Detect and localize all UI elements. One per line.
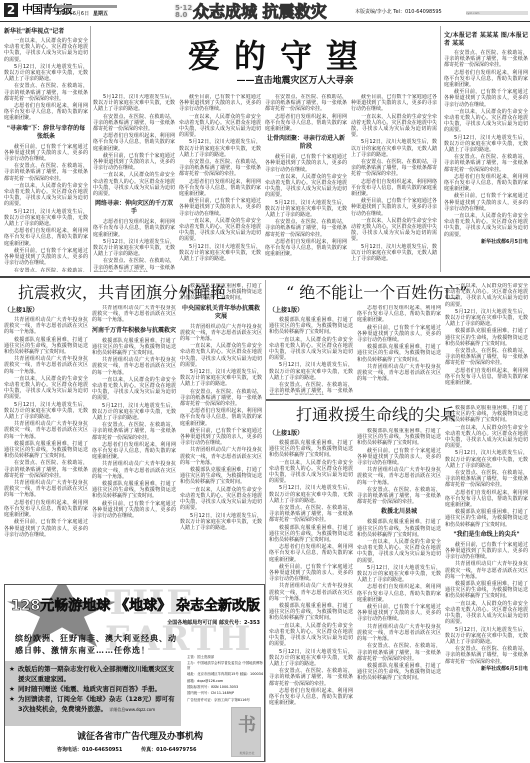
lead-headline: 爱的守望 (165, 38, 395, 74)
body-paragraph: 救援部队克服重重困难，打通了通往灾区的生命线，为救援物资运送和伤员转移赢得了宝贵… (357, 428, 441, 447)
body-paragraph: 5月12日，汶川大地震发生后，数以万计的家庭在灾难中失散，无数人踏上了寻亲的路途… (357, 565, 441, 584)
body-paragraph: 共青团组织动员广大青年投身抗震救灾一线，青年志愿者活跃在灾区的每一个角落。 (357, 624, 441, 643)
body-paragraph: 救援部队克服重重困难，打通了通往灾区的生命线，为救援物资运送和伤员转移赢得了宝贵… (92, 338, 176, 357)
body-paragraph: 救援部队克服重重困难，打通了通往灾区的生命线，为救援物资运送和伤员转移赢得了宝贵… (445, 581, 528, 600)
body-paragraph: 5月12日，汶川大地震发生后，数以万计的家庭在灾难中失散，无数人踏上了寻亲的路途… (269, 649, 353, 668)
body-paragraph: 截至目前，已有数千个家庭通过各种渠道找到了失散的亲人，更多的寻亲行动仍在继续。 (180, 428, 262, 447)
body-paragraph: 志愿者们自发组织起来，利用网络平台发布寻人信息，帮助失散的家庭重新团聚。 (92, 442, 176, 461)
lead-subhead-3: 让骨肉团聚：寻亲行动进入新阶段 (265, 135, 347, 151)
contact-line: 邮箱：dqzz@126.com (187, 679, 263, 683)
body-paragraph: 在安置点、在医院、在救助站，寻亲的纸条贴满了墙壁，每一张纸条都寄托着一份深深的牵… (93, 114, 175, 133)
body-paragraph: 一直以来，人民群众的生命安全牵动着无数人的心。灾区群众在地震中失散，寻找亲人成为… (179, 218, 261, 243)
nolosses-column-2: 志愿者们自发组织起来，利用网络平台发布寻人信息，帮助失散的家庭重新团聚。 截至目… (357, 305, 441, 395)
section-divider (0, 276, 530, 278)
ad-agency-call: 诚征各省市广告代理及办事机构 (45, 732, 235, 743)
body-paragraph: 在安置点、在医院、在救助站，寻亲的纸条贴满了墙壁，每一张纸条都寄托着一份深深的牵… (444, 154, 528, 173)
ad-tagline: 缤纷欧洲、狂野南非、澳大利亚经典、动感日韩、激情东南亚……任你选！ (15, 632, 185, 656)
promo-text: 同时随刊赠送《地震、地质灾害百问百答》手册。 (18, 684, 161, 694)
fax-number: 010-64979756 (156, 747, 196, 753)
body-paragraph: 一直以来，人民群众的生命安全牵动着无数人的心。灾区群众在地震中失散，寻找亲人成为… (265, 174, 347, 199)
body-paragraph: 5月12日，汶川大地震发生后，数以万计的家庭在灾难中失散，无数人踏上了寻亲的路途… (445, 450, 528, 469)
column-divider (265, 280, 266, 762)
site-url[interactable]: cyol.com (466, 11, 528, 15)
body-paragraph: 一直以来，人民群众的生命安全牵动着无数人的心。灾区群众在地震中失散，寻找亲人成为… (444, 109, 528, 134)
body-paragraph: 共青团组织动员广大青年投身抗震救灾一线，青年志愿者活跃在灾区的每一个角落。 (4, 480, 88, 499)
magazine-logo: 书 地球杂志社 (231, 707, 261, 757)
body-paragraph: 一直以来，人民群众的生命安全牵动着无数人的心。灾区群众在地震中失散，寻找亲人成为… (92, 377, 176, 402)
body-paragraph: 在安置点、在医院、在救助站，寻亲的纸条贴满了墙壁，每一张纸条都寄托着一份深深的牵… (269, 505, 353, 524)
star-icon: ★ (9, 694, 18, 715)
nolosses-column-1: （上接1版） 救援部队克服重重困难，打通了通往灾区的生命线，为救援物资运送和伤员… (269, 305, 353, 395)
body-paragraph: 5月12日，汶川大地震发生后，数以万计的家庭在灾难中失散，无数人踏上了寻亲的路途… (445, 309, 528, 328)
nolosses-story-headline: “ 绝不能让一个百姓伤亡” (286, 283, 467, 303)
ad-headline-rest: 杂志全新改版 隆重上市! (176, 598, 265, 614)
body-paragraph: 5月12日，汶川大地震发生后，数以万计的家庭在灾难中失散，无数人踏上了寻亲的路途… (269, 362, 353, 381)
body-paragraph: 救援部队克服重重困难，打通了通往灾区的生命线，为救援物资运送和伤员转移赢得了宝贵… (180, 467, 262, 486)
contact-line: 主办：中国地质学会科学普及委员会 中国地质博物馆 (187, 661, 263, 670)
body-paragraph: 志愿者们自发组织起来，利用网络平台发布寻人信息，帮助失散的家庭重新团聚。 (445, 490, 528, 509)
ad-brand: 《地球》 (115, 598, 171, 614)
body-paragraph: 截至目前，已有数千个家庭通过各种渠道找到了失散的亲人，更多的寻亲行动仍在继续。 (269, 564, 353, 583)
section-divider (266, 399, 530, 401)
body-paragraph: 截至目前，已有数千个家庭通过各种渠道找到了失散的亲人，更多的寻亲行动仍在继续。 (357, 448, 441, 467)
promo-item: ★ 为回馈读者，订阅全年《地球》杂志（128元）即可有3次抽奖机会，免费境外旅游… (9, 694, 177, 715)
lead-subhead-2: 网络寻亲：伸向灾区的千万双手 (93, 200, 175, 216)
body-paragraph: 在安置点、在医院、在救助站，寻亲的纸条贴满了墙壁，每一张纸条都寄托着一份深深的牵… (269, 668, 353, 687)
body-paragraph: 截至目前，已有数千个家庭通过各种渠道找到了失散的亲人，更多的寻亲行动仍在继续。 (93, 153, 175, 172)
contact-line: 主管：国土资源部 (187, 655, 263, 659)
body-paragraph: 志愿者们自发组织起来，利用网络平台发布寻人信息，帮助失散的家庭重新团聚。 (4, 103, 88, 122)
body-paragraph: 救援部队克服重重困难，打通了通往灾区的生命线，为救援物资运送和伤员转移赢得了宝贵… (445, 328, 528, 347)
vanguard-column-2: 救援部队克服重重困难，打通了通往灾区的生命线，为救援物资运送和伤员转移赢得了宝贵… (357, 428, 441, 762)
vanguard-story-headline: 打通救援生命线的尖兵 (296, 405, 456, 425)
body-paragraph: 5月12日，汶川大地震发生后，数以万计的家庭在灾难中失散，无数人踏上了寻亲的路途… (179, 244, 261, 263)
body-paragraph: 共青团组织动员广大青年投身抗震救灾一线，青年志愿者活跃在灾区的每一个角落。 (4, 421, 88, 440)
lead-column-6: 文/本报记者 某某某 图/本报记者 某某 在安置点、在医院、在救助站，寻亲的纸条… (444, 30, 528, 272)
cyl-column-2: 共青团组织动员广大青年投身抗震救灾一线，青年志愿者活跃在灾区的每一个角落。 河南… (92, 305, 176, 577)
body-paragraph: 在安置点、在医院、在救助站，寻亲的纸条贴满了墙壁，每一张纸条都寄托着一份深深的牵… (445, 470, 528, 489)
fax-label: 传真： (141, 747, 156, 753)
body-paragraph: 在安置点、在医院、在救助站，寻亲的纸条贴满了墙壁，每一张纸条都寄托着一份深深的牵… (351, 159, 437, 178)
body-paragraph: 在安置点、在医院、在救助站，寻亲的纸条贴满了墙壁，每一张纸条都寄托着一份深深的牵… (4, 268, 88, 273)
body-paragraph: 救援部队克服重重困难，打通了通往灾区的生命线，为救援物资运送和伤员转移赢得了宝贵… (269, 317, 353, 336)
body-paragraph: 志愿者们自发组织起来，利用网络平台发布寻人信息，帮助失散的家庭重新团聚。 (445, 368, 528, 387)
vanguard-subhead-1: 救援北川县城 (357, 508, 441, 516)
body-paragraph: 志愿者们自发组织起来，利用网络平台发布寻人信息，帮助失散的家庭重新团聚。 (4, 228, 88, 247)
body-paragraph: 一直以来，人民群众的生命安全牵动着无数人的心。灾区群众在地震中失散，寻找亲人成为… (179, 114, 261, 139)
body-paragraph: 志愿者们自发组织起来，利用网络平台发布寻人信息，帮助失散的家庭重新团聚。 (357, 584, 441, 603)
body-paragraph: 救援部队克服重重困难，打通了通往灾区的生命线，为救援物资运送和伤员转移赢得了宝贵… (4, 337, 88, 356)
body-paragraph: 志愿者们自发组织起来，利用网络平台发布寻人信息，帮助失散的家庭重新团聚。 (444, 70, 528, 89)
body-paragraph: 救援部队克服重重困难，打通了通往灾区的生命线，为救援物资运送和伤员转移赢得了宝贵… (445, 405, 528, 424)
body-paragraph: 在安置点、在医院、在救助站，寻亲的纸条贴满了墙壁，每一张纸条都寄托着一份深深的牵… (445, 646, 528, 665)
body-paragraph: 救援部队克服重重困难，打通了通往灾区的生命线，为救援物资运送和伤员转移赢得了宝贵… (180, 283, 262, 302)
section-title: 众志成城 抗震救灾 (193, 2, 327, 22)
ad-phones: 咨询电话：010-64650951 传真：010-64979756 (57, 747, 196, 754)
body-paragraph: 一直以来，人民群众的生命安全牵动着无数人的心。灾区群众在地震中失散，寻找亲人成为… (180, 487, 262, 512)
nolosses-column-3: 一直以来，人民群众的生命安全牵动着无数人的心。灾区群众在地震中失散，寻找亲人成为… (445, 283, 528, 395)
phone-number: 010-64650951 (82, 747, 122, 753)
promo-item: ★ 改版后的第一期杂志发行收入全部捐赠汶川地震灾区支援灾区重建家园。 (9, 664, 177, 684)
vanguard-column-3: 救援部队克服重重困难，打通了通往灾区的生命线，为救援物资运送和伤员转移赢得了宝贵… (445, 405, 528, 762)
body-paragraph: 一直以来，人民群众的生命安全牵动着无数人的心。灾区群众在地震中失散，寻找亲人成为… (180, 343, 262, 368)
issue-weekday: 星期五 (93, 10, 108, 17)
star-icon: ★ (9, 664, 18, 684)
body-paragraph: 5月12日，汶川大地震发生后，数以万计的家庭在灾难中失散，无数人踏上了寻亲的路途… (92, 403, 176, 422)
body-paragraph: 截至目前，已有数千个家庭通过各种渠道找到了失散的亲人，更多的寻亲行动仍在继续。 (445, 542, 528, 561)
body-paragraph: 5月12日，汶川大地震发生后，数以万计的家庭在灾难中失散，无数人踏上了寻亲的路途… (444, 135, 528, 154)
body-paragraph: 志愿者们自发组织起来，利用网络平台发布寻人信息，帮助失散的家庭重新团聚。 (180, 408, 262, 427)
masthead: 2 中国青年报 2008年6月6日 星期五 5·12 8.0 众志成城 抗震救灾… (0, 0, 530, 22)
body-paragraph: 救援部队克服重重困难，打通了通往灾区的生命线，为救援物资运送和伤员转移赢得了宝贵… (357, 519, 441, 538)
body-paragraph: 一直以来，人民群众的生命安全牵动着无数人的心。灾区群众在地震中失散，寻找亲人成为… (445, 601, 528, 626)
body-paragraph: 共青团组织动员广大青年投身抗震救灾一线，青年志愿者活跃在灾区的每一个角落。 (180, 324, 262, 343)
body-paragraph: 共青团组织动员广大青年投身抗震救灾一线，青年志愿者活跃在灾区的每一个角落。 (92, 461, 176, 480)
banner-date: 5·12 8.0 (175, 5, 193, 19)
body-paragraph: 救援部队克服重重困难，打通了通往灾区的生命线，为救援物资运送和伤员转移赢得了宝贵… (445, 509, 528, 528)
cyl-dateline: （上接1版） (4, 307, 88, 315)
body-paragraph: 截至目前，已有数千个家庭通过各种渠道找到了失散的亲人，更多的寻亲行动仍在继续。 (4, 519, 88, 538)
body-paragraph: 共青团组织动员广大青年投身抗震救灾一线，青年志愿者活跃在灾区的每一个角落。 (180, 447, 262, 466)
body-paragraph: 一直以来，人民群众的生命安全牵动着无数人的心。灾区群众在地震中失散，寻找亲人成为… (269, 337, 353, 362)
body-paragraph: 一直以来，人民群众的生命安全牵动着无数人的心。灾区群众在地震中失散，寻找亲人成为… (351, 114, 437, 139)
body-paragraph: 一直以来，人民群众的生命安全牵动着无数人的心。灾区群众在地震中失散，寻找亲人成为… (93, 172, 175, 197)
column-divider (440, 26, 441, 272)
body-paragraph: 在安置点、在医院、在救助站，寻亲的纸条贴满了墙壁，每一张纸条都寄托着一份深深的牵… (269, 382, 353, 395)
vanguard-dateline: （上接1版） (269, 430, 353, 438)
body-paragraph: 志愿者们自发组织起来，利用网络平台发布寻人信息，帮助失散的家庭重新团聚。 (351, 179, 437, 198)
cyl-subhead-2: 中央国家机关青年举办抗震救灾展 (180, 305, 262, 321)
promo-item: ★ 同时随刊赠送《地震、地质灾害百问百答》手册。 (9, 684, 177, 694)
body-paragraph: 一直以来，人民群众的生命安全牵动着无数人的心。灾区群众在地震中失散，寻找亲人成为… (357, 539, 441, 564)
body-paragraph: 共青团组织动员广大青年投身抗震救灾一线，青年志愿者活跃在灾区的每一个角落。 (4, 356, 88, 375)
logo-caption: 地球杂志社 (233, 751, 261, 755)
body-paragraph: 5月12日，汶川大地震发生后，数以万计的家庭在灾难中失散，无数人踏上了寻亲的路途… (265, 200, 347, 219)
body-paragraph: 志愿者们自发组织起来，利用网络平台发布寻人信息，帮助失散的家庭重新团聚。 (269, 544, 353, 563)
body-paragraph: 一直以来，人民群众的生命安全牵动着无数人的心。灾区群众在地震中失散，寻找亲人成为… (444, 213, 528, 238)
body-paragraph: 在安置点、在医院、在救助站，寻亲的纸条贴满了墙壁，每一张纸条都寄托着一份深深的牵… (92, 422, 176, 441)
magazine-advertisement: THE EARTH 128元畅游地球 《地球》 杂志全新改版 隆重上市! 全国各… (4, 584, 265, 762)
body-paragraph: 截至目前，已有数千个家庭通过各种渠道找到了失散的亲人，更多的寻亲行动仍在继续。 (351, 94, 437, 113)
body-paragraph: 截至目前，已有数千个家庭通过各种渠道找到了失散的亲人，更多的寻亲行动仍在继续。 (357, 604, 441, 623)
logo-glyph-icon: 书 (238, 716, 256, 736)
right-kicker: 文/本报记者 某某某 图/本报记者 某某 (444, 32, 528, 48)
ad-price: 128元畅游地球 (11, 598, 110, 614)
contact-line: 国内统一刊号：CN 11-1489/P (187, 691, 263, 695)
body-paragraph: 截至目前，已有数千个家庭通过各种渠道找到了失散的亲人，更多的寻亲行动仍在继续。 (357, 325, 441, 344)
contact-line: 地址：北京市西城区羊肉胡同15号 邮编：100034 (187, 672, 263, 676)
masthead-divider (0, 21, 530, 22)
body-paragraph: 一直以来，人民群众的生命安全牵动着无数人的心。灾区群众在地震中失散，寻找亲人成为… (445, 283, 528, 308)
body-paragraph: 救援部队克服重重困难，打通了通往灾区的生命线，为救援物资运送和伤员转移赢得了宝贵… (92, 481, 176, 500)
body-paragraph: 5月12日，汶川大地震发生后，数以万计的家庭在灾难中失散，无数人踏上了寻亲的路途… (4, 209, 88, 228)
lead-kicker: 新华社"新华视点"记者 (4, 28, 88, 36)
lead-column-2: 5月12日，汶川大地震发生后，数以万计的家庭在灾难中失散，无数人踏上了寻亲的路途… (93, 94, 175, 272)
cyl-subhead-1: 河南千万青年积极参与抗震救灾 (92, 327, 176, 335)
body-paragraph: 一直以来，人民群众的生命安全牵动着无数人的心。灾区群众在地震中失散，寻找亲人成为… (4, 183, 88, 208)
body-paragraph: 5月12日，汶川大地震发生后，数以万计的家庭在灾难中失散，无数人踏上了寻亲的路途… (351, 139, 437, 158)
body-paragraph: 救援部队克服重重困难，打通了通往灾区的生命线，为救援物资运送和伤员转移赢得了宝贵… (4, 441, 88, 460)
star-icon: ★ (9, 684, 18, 694)
body-paragraph: 志愿者们自发组织起来，利用网络平台发布寻人信息，帮助失散的家庭重新团聚。 (4, 500, 88, 519)
editor-credit: 本版责编/李小北 Tel：010-64098595 (355, 8, 442, 15)
body-paragraph: 5月12日，汶川大地震发生后，数以万计的家庭在灾难中失散，无数人踏上了寻亲的路途… (269, 485, 353, 504)
body-paragraph: 共青团组织动员广大青年投身抗震救灾一线，青年志愿者活跃在灾区的每一个角落。 (445, 561, 528, 580)
nolosses-dateline: （上接1版） (269, 307, 353, 315)
promo-url[interactable]: 详细信息www.dqzz.com (109, 707, 155, 712)
lead-subhead-1: "寻亲墙"下：辞世与幸存的每张纸条 (4, 125, 88, 141)
ad-promo-box: ★ 改版后的第一期杂志发行收入全部捐赠汶川地震灾区支援灾区重建家园。 ★ 同时随… (5, 661, 181, 726)
body-paragraph: 在安置点、在医院、在救助站，寻亲的纸条贴满了墙壁，每一张纸条都寄托着一份深深的牵… (357, 487, 441, 506)
body-paragraph: 5月12日，汶川大地震发生后，数以万计的家庭在灾难中失散，无数人踏上了寻亲的路途… (93, 94, 175, 113)
masthead-fineprint (55, 5, 117, 8)
body-paragraph: 共青团组织动员广大青年投身抗震救灾一线，青年志愿者活跃在灾区的每一个角落。 (357, 364, 441, 383)
body-paragraph: 在安置点、在医院、在救助站，寻亲的纸条贴满了墙壁，每一张纸条都寄托着一份深深的牵… (4, 83, 88, 102)
column-divider (90, 26, 91, 272)
body-paragraph: 志愿者们自发组织起来，利用网络平台发布寻人信息，帮助失散的家庭重新团聚。 (265, 114, 347, 133)
body-paragraph: 在安置点、在医院、在救助站，寻亲的纸条贴满了墙壁，每一张纸条都寄托着一份深深的牵… (444, 50, 528, 69)
body-paragraph: 在安置点、在医院、在救助站，寻亲的纸条贴满了墙壁，每一张纸条都寄托着一份深深的牵… (4, 460, 88, 479)
ad-contact-info: 主管：国土资源部 主办：中国地质学会科学普及委员会 中国地质博物馆 地址：北京市… (187, 655, 263, 704)
page-number: 2 (4, 3, 18, 17)
body-paragraph: 在安置点、在医院、在救助站，寻亲的纸条贴满了墙壁，每一张纸条都寄托着一份深深的牵… (357, 643, 441, 662)
body-paragraph: 在安置点、在医院、在救助站，寻亲的纸条贴满了墙壁，每一张纸条都寄托着一份深深的牵… (179, 159, 261, 178)
promo-text: 改版后的第一期杂志发行收入全部捐赠汶川地震灾区支援灾区重建家园。 (18, 664, 177, 684)
body-paragraph: 在安置点、在医院、在救助站，寻亲的纸条贴满了墙壁，每一张纸条都寄托着一份深深的牵… (445, 348, 528, 367)
body-paragraph: 5月12日，汶川大地震发生后，数以万计的家庭在灾难中失散，无数人踏上了寻亲的路途… (180, 369, 262, 388)
body-paragraph: 5月12日，汶川大地震发生后，数以万计的家庭在灾难中失散，无数人踏上了寻亲的路途… (180, 513, 262, 532)
body-paragraph: 5月12日，汶川大地震发生后，数以万计的家庭在灾难中失散，无数人踏上了寻亲的路途… (179, 139, 261, 158)
body-paragraph: 一直以来，人民群众的生命安全牵动着无数人的心。灾区群众在地震中失散，寻找亲人成为… (4, 38, 88, 63)
vanguard-byline: 新华社成都6月5日电 (445, 666, 528, 672)
body-paragraph: 志愿者们自发组织起来，利用网络平台发布寻人信息，帮助失散的家庭重新团聚。 (93, 133, 175, 152)
body-paragraph: 救援部队克服重重困难，打通了通往灾区的生命线，为救援物资运送和伤员转移赢得了宝贵… (269, 525, 353, 544)
body-paragraph: 5月12日，汶川大地震发生后，数以万计的家庭在灾难中失散，无数人踏上了寻亲的路途… (4, 402, 88, 421)
body-paragraph: 共青团组织动员广大青年投身抗震救灾一线，青年志愿者活跃在灾区的每一个角落。 (92, 357, 176, 376)
body-paragraph: 截至目前，已有数千个家庭通过各种渠道找到了失散的亲人，更多的寻亲行动仍在继续。 (4, 248, 88, 267)
body-paragraph: 救援部队克服重重困难，打通了通往灾区的生命线，为救援物资运送和伤员转移赢得了宝贵… (269, 440, 353, 459)
body-paragraph: 截至目前，已有数千个家庭通过各种渠道找到了失散的亲人，更多的寻亲行动仍在继续。 (444, 89, 528, 108)
body-paragraph: 志愿者们自发组织起来，利用网络平台发布寻人信息，帮助失散的家庭重新团聚。 (93, 219, 175, 238)
body-paragraph: 共青团组织动员广大青年投身抗震救灾一线，青年志愿者活跃在灾区的每一个角落。 (357, 467, 441, 486)
body-paragraph: 截至目前，已有数千个家庭通过各种渠道找到了失散的亲人，更多的寻亲行动仍在继续。 (92, 501, 176, 520)
lead-subheadline: ——直击地震灾区万人大寻亲 (200, 76, 390, 87)
body-paragraph: 截至目前，已有数千个家庭通过各种渠道找到了失散的亲人，更多的寻亲行动仍在继续。 (4, 144, 88, 163)
body-paragraph: 志愿者们自发组织起来，利用网络平台发布寻人信息，帮助失散的家庭重新团聚。 (444, 174, 528, 193)
lead-column-1: 新华社"新华视点"记者 一直以来，人民群众的生命安全牵动着无数人的心。灾区群众在… (4, 26, 88, 272)
body-paragraph: 5月12日，汶川大地震发生后，数以万计的家庭在灾难中失散，无数人踏上了寻亲的路途… (93, 239, 175, 258)
vanguard-subhead-2: "我们是生命线上的尖兵" (445, 531, 528, 539)
body-paragraph: 在安置点、在医院、在救助站，寻亲的纸条贴满了墙壁，每一张纸条都寄托着一份深深的牵… (180, 389, 262, 408)
body-paragraph: 在安置点、在医院、在救助站，寻亲的纸条贴满了墙壁，每一张纸条都寄托着一份深深的牵… (93, 258, 175, 272)
body-paragraph: 救援部队克服重重困难，打通了通往灾区的生命线，为救援物资运送和伤员转移赢得了宝贵… (269, 603, 353, 622)
vanguard-column-1: （上接1版） 救援部队克服重重困难，打通了通往灾区的生命线，为救援物资运送和伤员… (269, 428, 353, 762)
lead-byline: 新华社成都6月5日电 (444, 239, 528, 245)
contact-line: 国际标准刊号：ISSN 1000-3053 (187, 685, 263, 689)
body-paragraph: 一直以来，人民群众的生命安全牵动着无数人的心。灾区群众在地震中失散，寻找亲人成为… (351, 218, 437, 243)
contact-line: 广告经营许可证：京西工商广字第8116号 (187, 698, 263, 702)
lead-column-5: 截至目前，已有数千个家庭通过各种渠道找到了失散的亲人，更多的寻亲行动仍在继续。 … (351, 94, 437, 272)
body-paragraph: 截至目前，已有数千个家庭通过各种渠道找到了失散的亲人，更多的寻亲行动仍在继续。 (265, 154, 347, 173)
body-paragraph: 一直以来，人民群众的生命安全牵动着无数人的心。灾区群众在地震中失散，寻找亲人成为… (4, 376, 88, 401)
body-paragraph: 截至目前，已有数千个家庭通过各种渠道找到了失散的亲人，更多的寻亲行动仍在继续。 (179, 94, 261, 113)
body-paragraph: 一直以来，人民群众的生命安全牵动着无数人的心。灾区群众在地震中失散，寻找亲人成为… (445, 425, 528, 450)
cyl-column-1: （上接1版） 共青团组织动员广大青年投身抗震救灾一线，青年志愿者活跃在灾区的每一… (4, 305, 88, 577)
body-paragraph: 志愿者们自发组织起来，利用网络平台发布寻人信息，帮助失散的家庭重新团聚。 (357, 305, 441, 324)
body-paragraph: 志愿者们自发组织起来，利用网络平台发布寻人信息，帮助失散的家庭重新团聚。 (269, 688, 353, 707)
ad-headline: 128元畅游地球 《地球》 杂志全新改版 隆重上市! (11, 597, 261, 615)
body-paragraph: 在安置点、在医院、在救助站，寻亲的纸条贴满了墙壁，每一张纸条都寄托着一份深深的牵… (265, 219, 347, 238)
phone-label: 咨询电话： (57, 747, 82, 753)
body-paragraph: 志愿者们自发组织起来，利用网络平台发布寻人信息，帮助失散的家庭重新团聚。 (265, 239, 347, 258)
ad-subscribe-info: 全国各地邮局均可订阅 邮发代号：2-353 (167, 619, 260, 626)
body-paragraph: 在安置点、在医院、在救助站，寻亲的纸条贴满了墙壁，每一张纸条都寄托着一份深深的牵… (4, 163, 88, 182)
body-paragraph: 救援部队克服重重困难，打通了通往灾区的生命线，为救援物资运送和伤员转移赢得了宝贵… (357, 344, 441, 363)
body-paragraph: 共青团组织动员广大青年投身抗震救灾一线，青年志愿者活跃在灾区的每一个角落。 (269, 583, 353, 602)
lead-column-3: 截至目前，已有数千个家庭通过各种渠道找到了失散的亲人，更多的寻亲行动仍在继续。 … (179, 94, 261, 272)
body-paragraph: 在安置点、在医院、在救助站，寻亲的纸条贴满了墙壁，每一张纸条都寄托着一份深深的牵… (265, 94, 347, 113)
issue-date: 2008年6月6日 (55, 10, 89, 17)
body-paragraph: 5月12日，汶川大地震发生后，数以万计的家庭在灾难中失散，无数人踏上了寻亲的路途… (351, 244, 437, 263)
body-paragraph: 志愿者们自发组织起来，利用网络平台发布寻人信息，帮助失散的家庭重新团聚。 (179, 179, 261, 198)
body-paragraph: 5月12日，汶川大地震发生后，数以万计的家庭在灾难中失散，无数人踏上了寻亲的路途… (4, 64, 88, 83)
body-paragraph: 截至目前，已有数千个家庭通过各种渠道找到了失散的亲人，更多的寻亲行动仍在继续。 (444, 193, 528, 212)
lead-column-4: 在安置点、在医院、在救助站，寻亲的纸条贴满了墙壁，每一张纸条都寄托着一份深深的牵… (265, 94, 347, 272)
body-paragraph: 一直以来，人民群众的生命安全牵动着无数人的心。灾区群众在地震中失散，寻找亲人成为… (269, 460, 353, 485)
body-paragraph: 截至目前，已有数千个家庭通过各种渠道找到了失散的亲人，更多的寻亲行动仍在继续。 (351, 198, 437, 217)
cyl-column-3: 救援部队克服重重困难，打通了通往灾区的生命线，为救援物资运送和伤员转移赢得了宝贵… (180, 283, 262, 577)
body-paragraph: 共青团组织动员广大青年投身抗震救灾一线，青年志愿者活跃在灾区的每一个角落。 (92, 305, 176, 324)
body-paragraph: 5月12日，汶川大地震发生后，数以万计的家庭在灾难中失散，无数人踏上了寻亲的路途… (445, 627, 528, 646)
body-paragraph: 截至目前，已有数千个家庭通过各种渠道找到了失散的亲人，更多的寻亲行动仍在继续。 (179, 198, 261, 217)
body-paragraph: 共青团组织动员广大青年投身抗震救灾一线，青年志愿者活跃在灾区的每一个角落。 (4, 317, 88, 336)
body-paragraph: 一直以来，人民群众的生命安全牵动着无数人的心。灾区群众在地震中失散，寻找亲人成为… (269, 623, 353, 648)
body-paragraph: 救援部队克服重重困难，打通了通往灾区的生命线，为救援物资运送和伤员转移赢得了宝贵… (357, 663, 441, 682)
